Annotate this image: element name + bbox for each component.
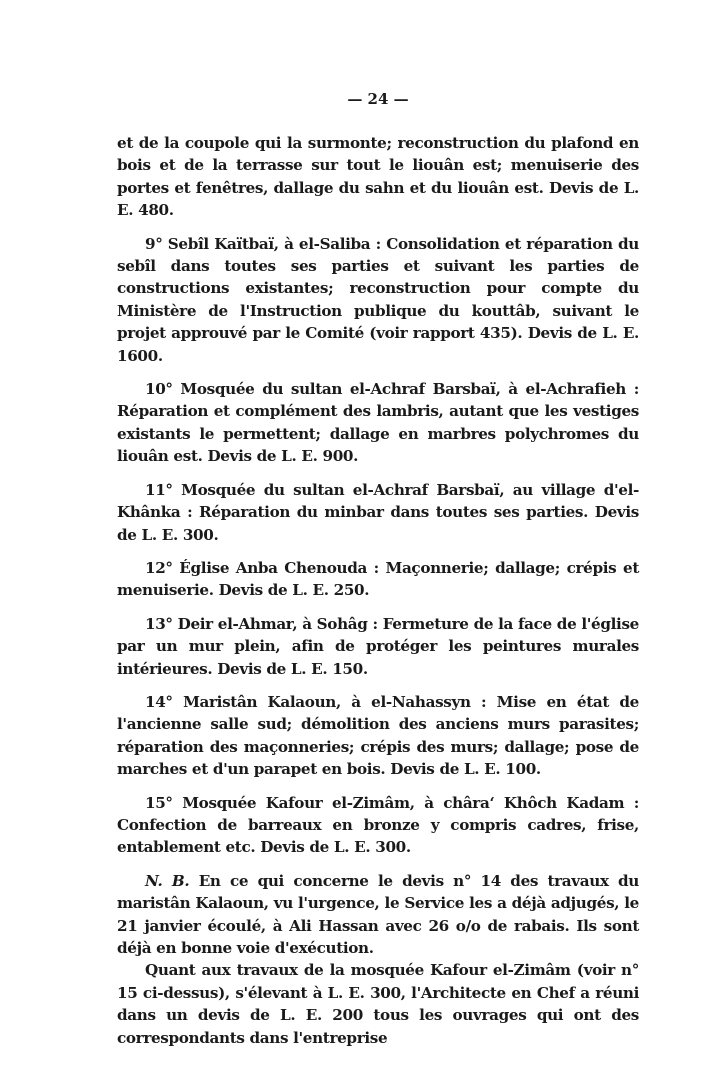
item-10: 10° Mosquée du sultan el-Achraf Barsbaï,… [117, 378, 639, 468]
note-text: En ce qui concerne le devis n° 14 des tr… [117, 872, 639, 957]
item-12: 12° Église Anba Chenouda : Maçonnerie; d… [117, 557, 639, 602]
item-15: 15° Mosquée Kafour el-Zimâm, à châra‘ Kh… [117, 792, 639, 859]
item-13: 13° Deir el-Ahmar, à Sohâg : Fermeture d… [117, 613, 639, 680]
note-paragraph: N. B. En ce qui concerne le devis n° 14 … [117, 870, 639, 960]
item-11: 11° Mosquée du sultan el-Achraf Barsbaï,… [117, 479, 639, 546]
page-number: — 24 — [117, 88, 639, 110]
note-continuation: Quant aux travaux de la mosquée Kafour e… [117, 959, 639, 1049]
item-14: 14° Maristân Kalaoun, à el-Nahassyn : Mi… [117, 691, 639, 781]
document-page: — 24 — et de la coupole qui la surmonte;… [117, 88, 639, 1060]
note-label: N. B. [145, 872, 189, 890]
item-9: 9° Sebîl Kaïtbaï, à el-Saliba : Consolid… [117, 233, 639, 367]
paragraph-continuation: et de la coupole qui la surmonte; recons… [117, 132, 639, 222]
